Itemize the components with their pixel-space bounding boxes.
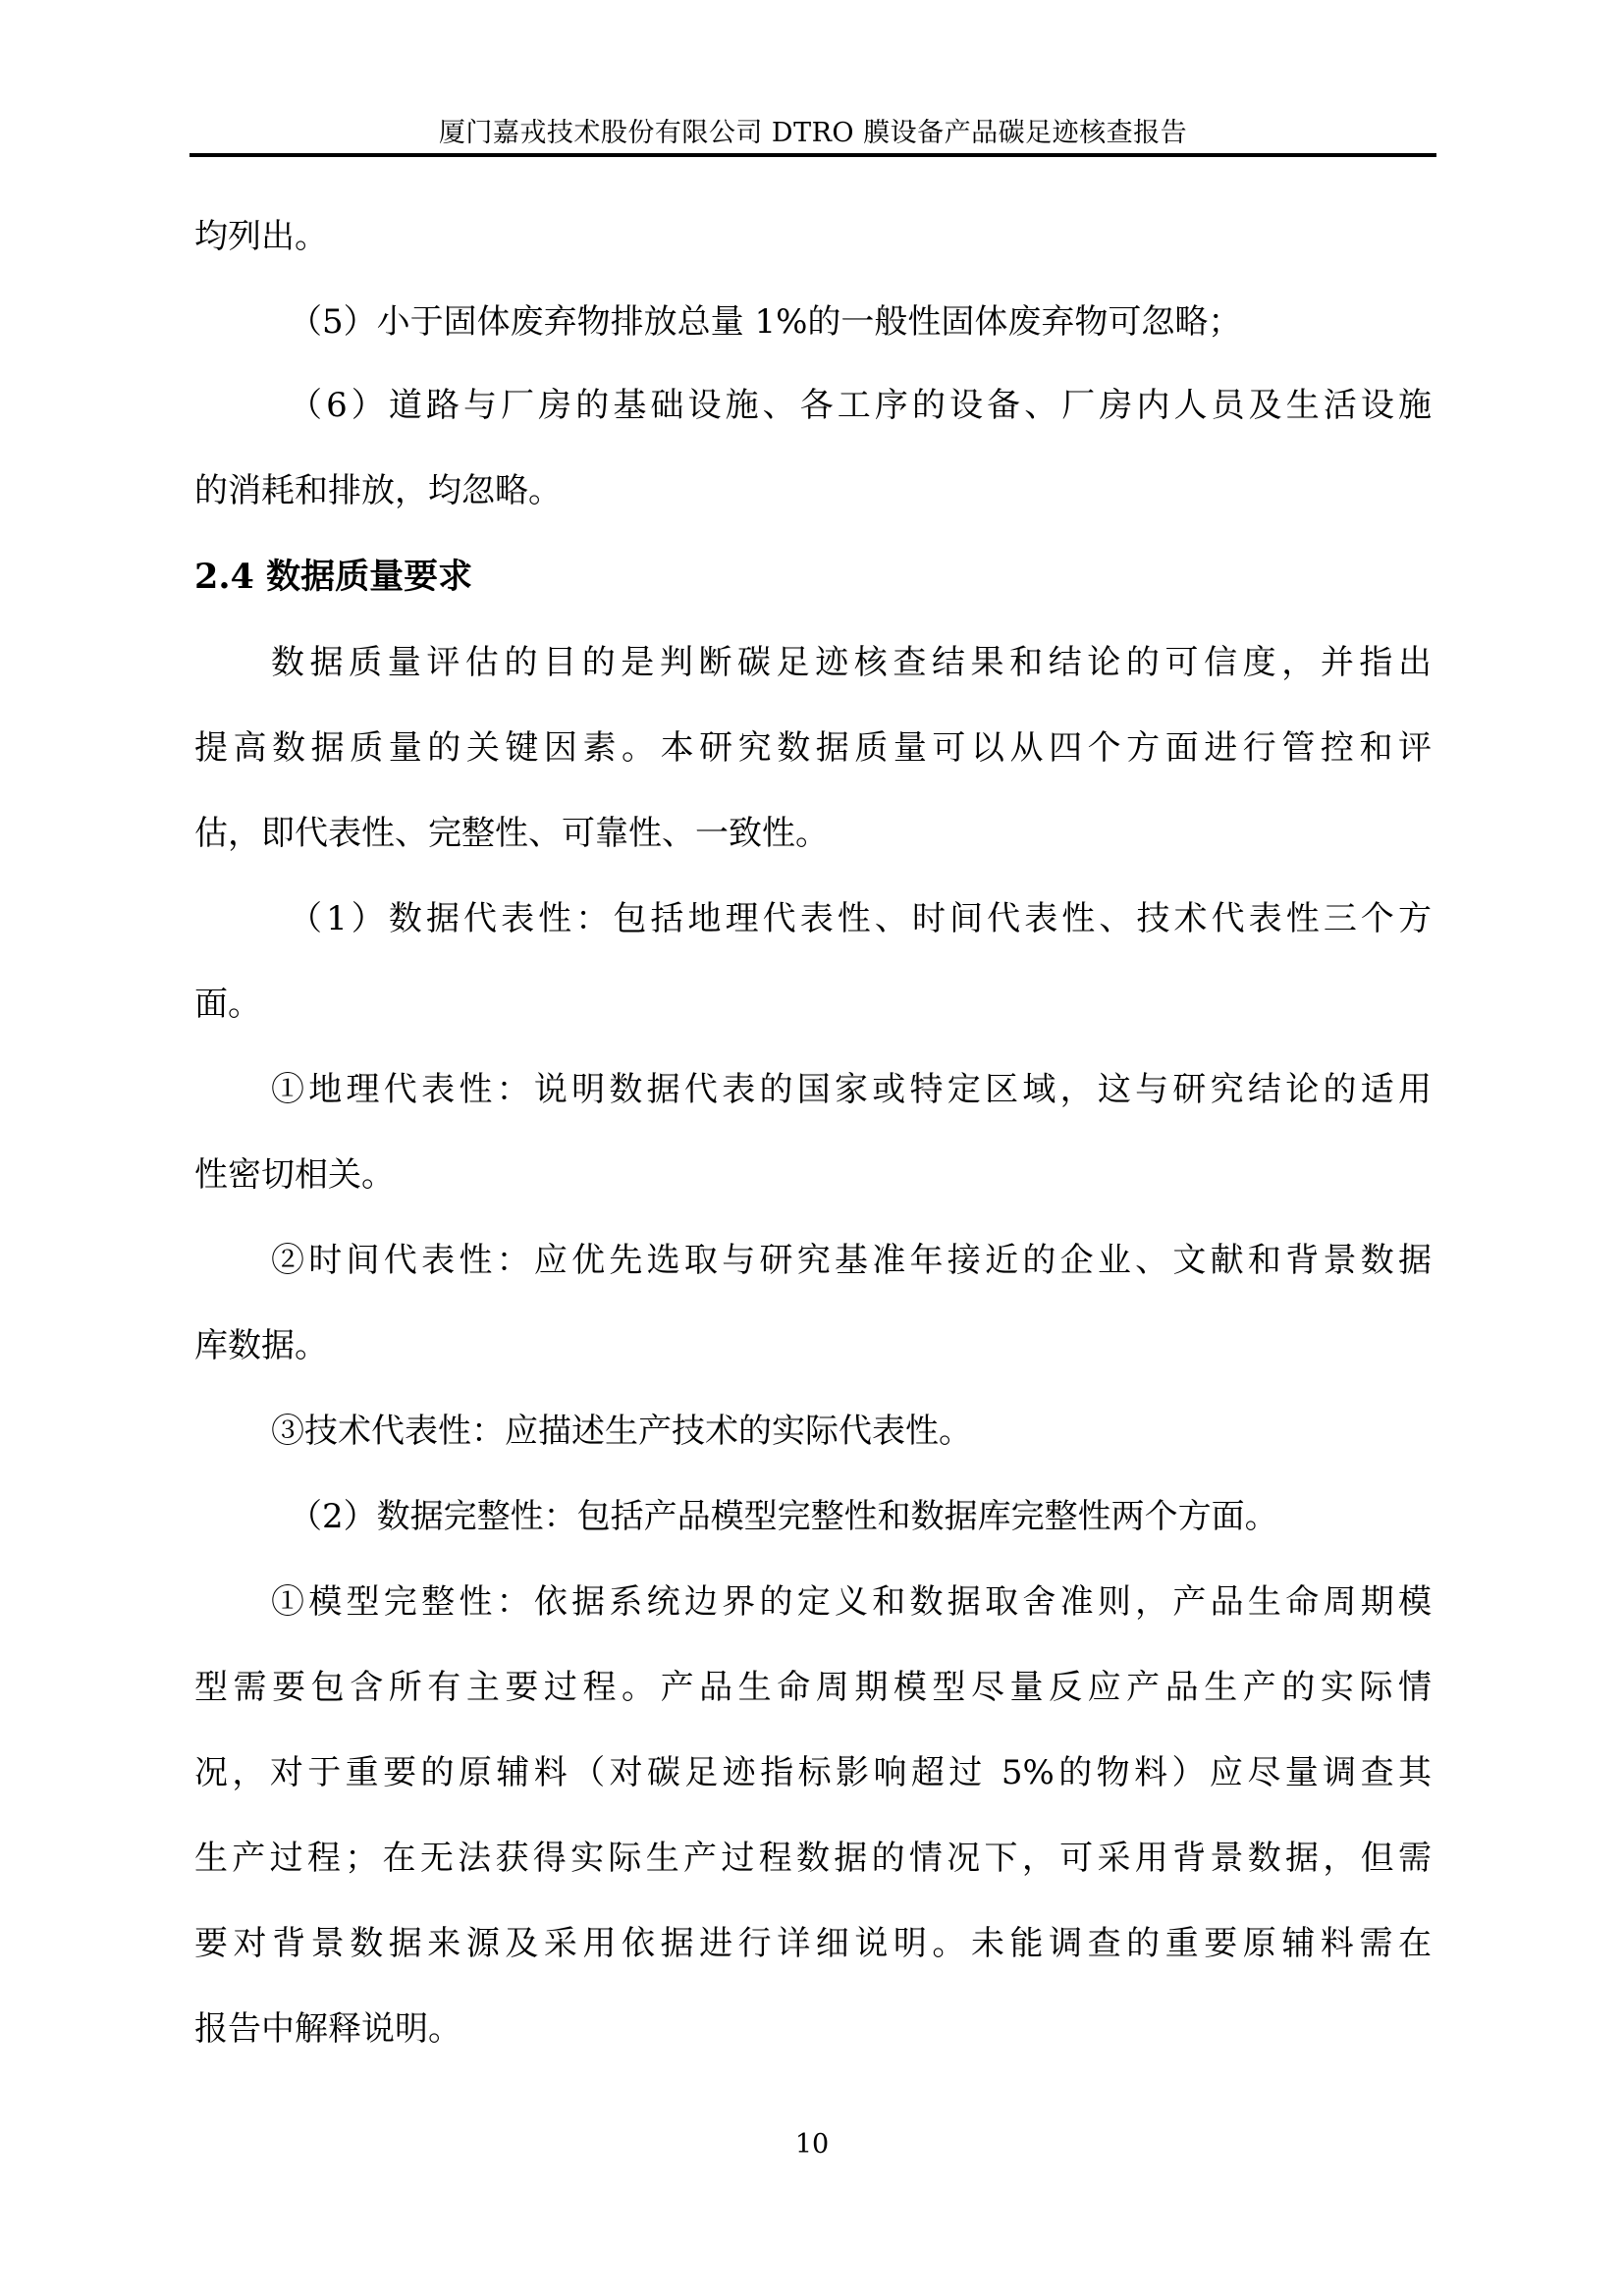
sub-item-technical: ③技术代表性：应描述生产技术的实际代表性。: [194, 1410, 1432, 1453]
paragraph-line: 性密切相关。: [194, 1153, 1432, 1197]
page-number: 10: [0, 2128, 1624, 2162]
paragraph-line: 生产过程；在无法获得实际生产过程数据的情况下，可采用背景数据，但需: [194, 1837, 1432, 1880]
list-item-5: （5）小于固体废弃物排放总量 1%的一般性固体废弃物可忽略；: [194, 300, 1432, 344]
list-item-2: （2）数据完整性：包括产品模型完整性和数据库完整性两个方面。: [194, 1495, 1432, 1538]
paragraph-line: 提高数据质量的关键因素。本研究数据质量可以从四个方面进行管控和评: [194, 726, 1432, 770]
paragraph-line: 估，即代表性、完整性、可靠性、一致性。: [194, 812, 1432, 855]
header-divider: [189, 153, 1436, 157]
paragraph-line: 的消耗和排放，均忽略。: [194, 469, 1432, 512]
paragraph-line: 面。: [194, 983, 1432, 1026]
section-heading: 2.4 数据质量要求: [194, 556, 472, 599]
sub-item-temporal: ②时间代表性：应优先选取与研究基准年接近的企业、文献和背景数据: [194, 1239, 1432, 1282]
paragraph-line: 要对背景数据来源及采用依据进行详细说明。未能调查的重要原辅料需在: [194, 1922, 1432, 1965]
sub-item-geographic: ①地理代表性：说明数据代表的国家或特定区域，这与研究结论的适用: [194, 1068, 1432, 1111]
list-item-6: （6）道路与厂房的基础设施、各工序的设备、厂房内人员及生活设施: [194, 384, 1432, 427]
sub-item-model: ①模型完整性：依据系统边界的定义和数据取舍准则，产品生命周期模: [194, 1580, 1432, 1624]
list-item-1: （1）数据代表性：包括地理代表性、时间代表性、技术代表性三个方: [194, 897, 1432, 940]
paragraph-line: 报告中解释说明。: [194, 2007, 1432, 2051]
paragraph-line: 型需要包含所有主要过程。产品生命周期模型尽量反应产品生产的实际情: [194, 1666, 1432, 1709]
paragraph-line: 数据质量评估的目的是判断碳足迹核查结果和结论的可信度，并指出: [194, 641, 1432, 684]
paragraph-line: 库数据。: [194, 1324, 1432, 1367]
paragraph-line: 均列出。: [194, 215, 1432, 258]
running-header-title: 厦门嘉戎技术股份有限公司 DTRO 膜设备产品碳足迹核查报告: [189, 117, 1436, 150]
paragraph-line: 况，对于重要的原辅料（对碳足迹指标影响超过 5%的物料）应尽量调查其: [194, 1751, 1432, 1794]
